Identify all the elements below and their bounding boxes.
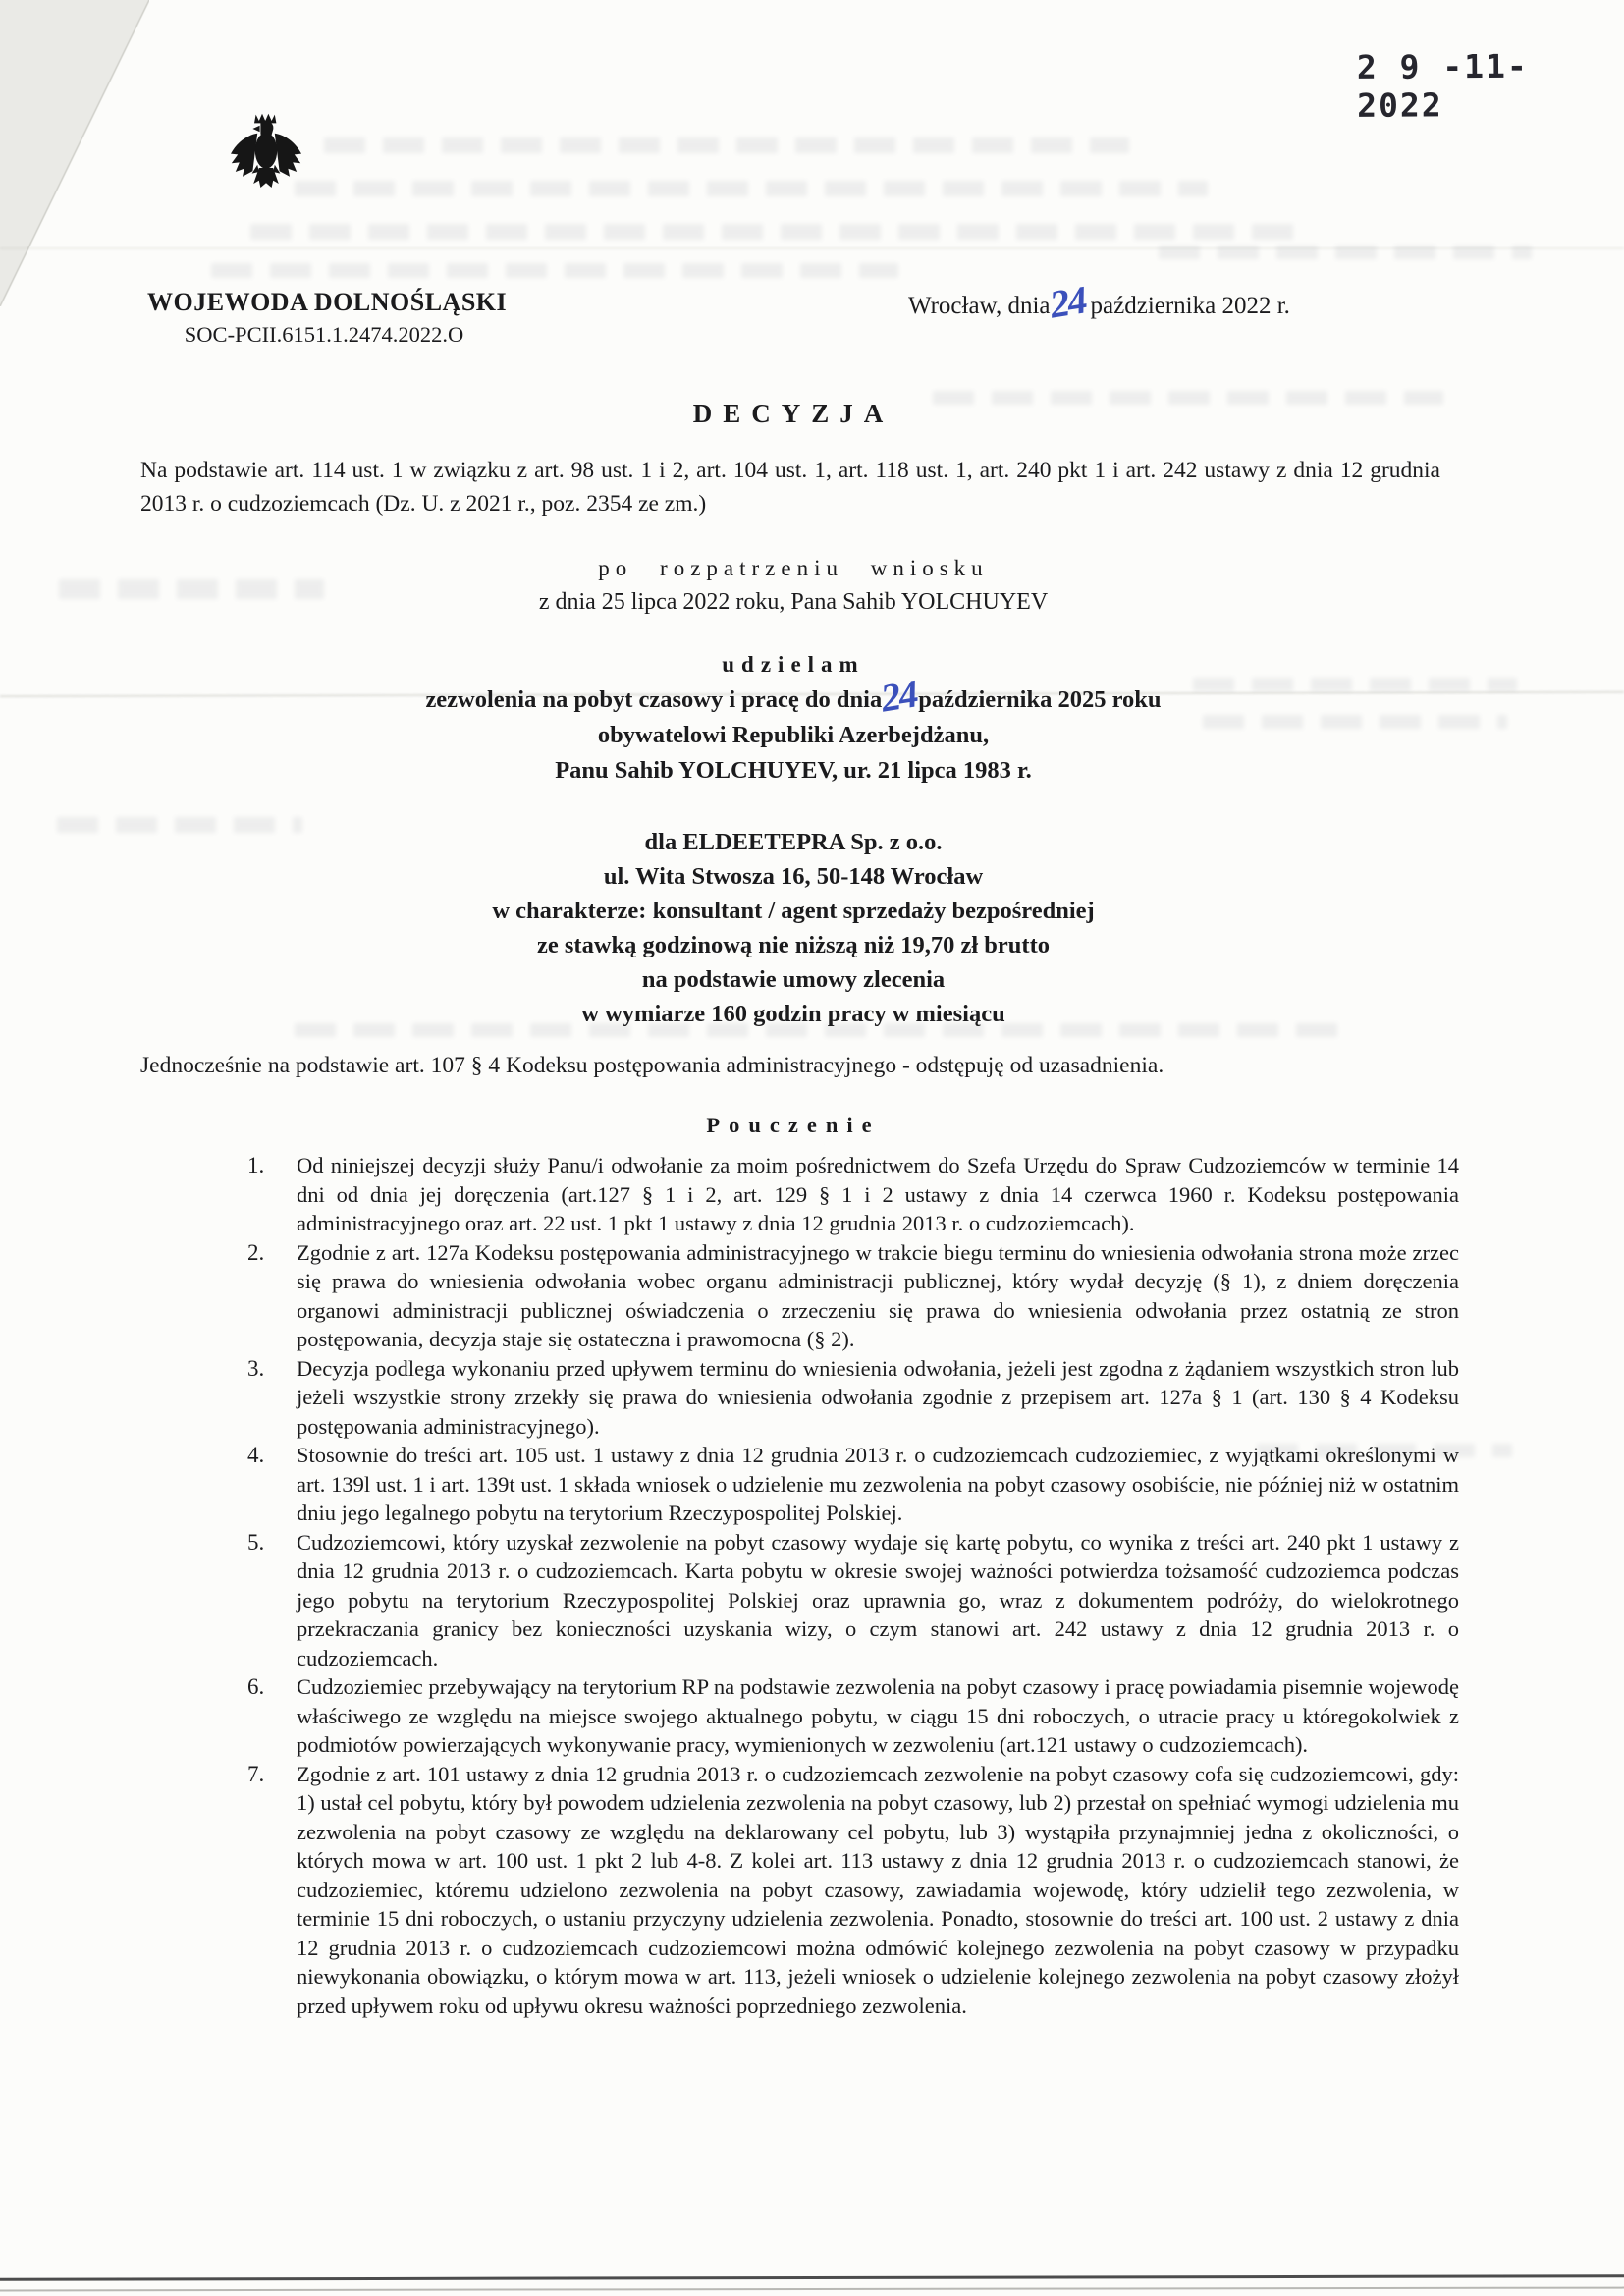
instruction-text: Zgodnie z art. 127a Kodeksu postępowania… [297, 1238, 1459, 1354]
instruction-text: Decyzja podlega wykonaniu przed upływem … [297, 1354, 1459, 1442]
handwritten-day-expiry: 24 [882, 693, 917, 699]
grant-line2: obywatelowi Republiki Azerbejdżanu, [140, 722, 1446, 748]
consideration-block: po rozpatrzeniu wniosku z dnia 25 lipca … [140, 556, 1446, 616]
instruction-number: 6. [247, 1672, 297, 1702]
grant-line1-prefix: zezwolenia na pobyt czasowy i pracę do d… [425, 686, 882, 713]
instruction-number: 1. [247, 1151, 297, 1180]
instruction-number: 7. [247, 1760, 297, 1789]
handwritten-day-issue: 24 [1050, 300, 1085, 305]
scanned-decision-document: 2 9 -11- 2022 WOJEWODA DOLNOŚLĄSKI SOC-P… [0, 0, 1624, 2296]
bleed-through-smudge [324, 137, 1129, 153]
instruction-number: 2. [247, 1238, 297, 1268]
place-date-prefix: Wrocław, dnia [908, 293, 1051, 319]
instruction-text: Stosownie do treści art. 105 ust. 1 usta… [297, 1441, 1459, 1528]
employer-name: dla ELDEETEPRA Sp. z o.o. [140, 825, 1446, 859]
justification-waiver: Jednocześnie na podstawie art. 107 § 4 K… [140, 1053, 1450, 1079]
scan-bottom-edge [0, 2274, 1624, 2280]
instruction-number: 5. [247, 1528, 297, 1558]
decision-grant-block: udzielam zezwolenia na pobyt czasowy i p… [140, 652, 1446, 784]
bleed-through-smudge [250, 224, 1311, 240]
instruction-list: 1. Od niniejszej decyzji służy Panu/i od… [247, 1151, 1459, 2020]
place-date-line: Wrocław, dnia24października 2022 r. [908, 293, 1290, 320]
instruction-number: 3. [247, 1354, 297, 1384]
case-number: SOC-PCII.6151.1.2474.2022.O [147, 322, 501, 348]
grant-line1: zezwolenia na pobyt czasowy i pracę do d… [140, 686, 1446, 713]
job-position: w charakterze: konsultant / agent sprzed… [140, 894, 1446, 928]
instruction-heading: Pouczenie [140, 1113, 1446, 1138]
bleed-through-smudge [1159, 246, 1532, 259]
instruction-item: 5. Cudzoziemcowi, który uzyskał zezwolen… [247, 1528, 1459, 1673]
bleed-through-smudge [295, 181, 1208, 196]
employer-address: ul. Wita Stwosza 16, 50-148 Wrocław [140, 859, 1446, 894]
instruction-item: 4. Stosownie do treści art. 105 ust. 1 u… [247, 1441, 1459, 1528]
instruction-text: Zgodnie z art. 101 ustawy z dnia 12 grud… [297, 1760, 1459, 2021]
polish-eagle-emblem [227, 106, 305, 206]
scan-bottom-edge [0, 2287, 1624, 2292]
place-date-suffix: października 2022 r. [1091, 293, 1290, 319]
received-date-stamp: 2 9 -11- 2022 [1357, 46, 1613, 125]
grant-line1-suffix: października 2025 roku [918, 686, 1161, 713]
consideration-line1: po rozpatrzeniu wniosku [140, 556, 1446, 581]
grant-line3: Panu Sahib YOLCHUYEV, ur. 21 lipca 1983 … [140, 757, 1446, 784]
instruction-item: 6. Cudzoziemiec przebywający na terytori… [247, 1672, 1459, 1760]
legal-basis-paragraph: Na podstawie art. 114 ust. 1 w związku z… [140, 454, 1440, 520]
instruction-text: Cudzoziemiec przebywający na terytorium … [297, 1672, 1459, 1760]
instruction-text: Od niniejszej decyzji służy Panu/i odwoł… [297, 1151, 1459, 1238]
instruction-item: 2. Zgodnie z art. 127a Kodeksu postępowa… [247, 1238, 1459, 1354]
contract-type: na podstawie umowy zlecenia [140, 962, 1446, 997]
consideration-line2: z dnia 25 lipca 2022 roku, Pana Sahib YO… [140, 589, 1446, 616]
scan-corner-shadow [0, 0, 149, 306]
instruction-item: 3. Decyzja podlega wykonaniu przed upływ… [247, 1354, 1459, 1442]
instruction-item: 1. Od niniejszej decyzji służy Panu/i od… [247, 1151, 1459, 1238]
instruction-item: 7. Zgodnie z art. 101 ustawy z dnia 12 g… [247, 1760, 1459, 2021]
authority-name: WOJEWODA DOLNOŚLĄSKI [147, 288, 501, 317]
document-title: DECYZJA [140, 399, 1446, 429]
wage-clause: ze stawką godzinową nie niższą niż 19,70… [140, 928, 1446, 962]
instruction-number: 4. [247, 1441, 297, 1470]
working-hours: w wymiarze 160 godzin pracy w miesiącu [140, 997, 1446, 1031]
bleed-through-smudge [211, 263, 898, 278]
employer-block: dla ELDEETEPRA Sp. z o.o. ul. Wita Stwos… [140, 825, 1446, 1031]
letterhead: WOJEWODA DOLNOŚLĄSKI SOC-PCII.6151.1.247… [147, 288, 501, 348]
instruction-text: Cudzoziemcowi, który uzyskał zezwolenie … [297, 1528, 1459, 1673]
grant-word: udzielam [140, 652, 1446, 678]
